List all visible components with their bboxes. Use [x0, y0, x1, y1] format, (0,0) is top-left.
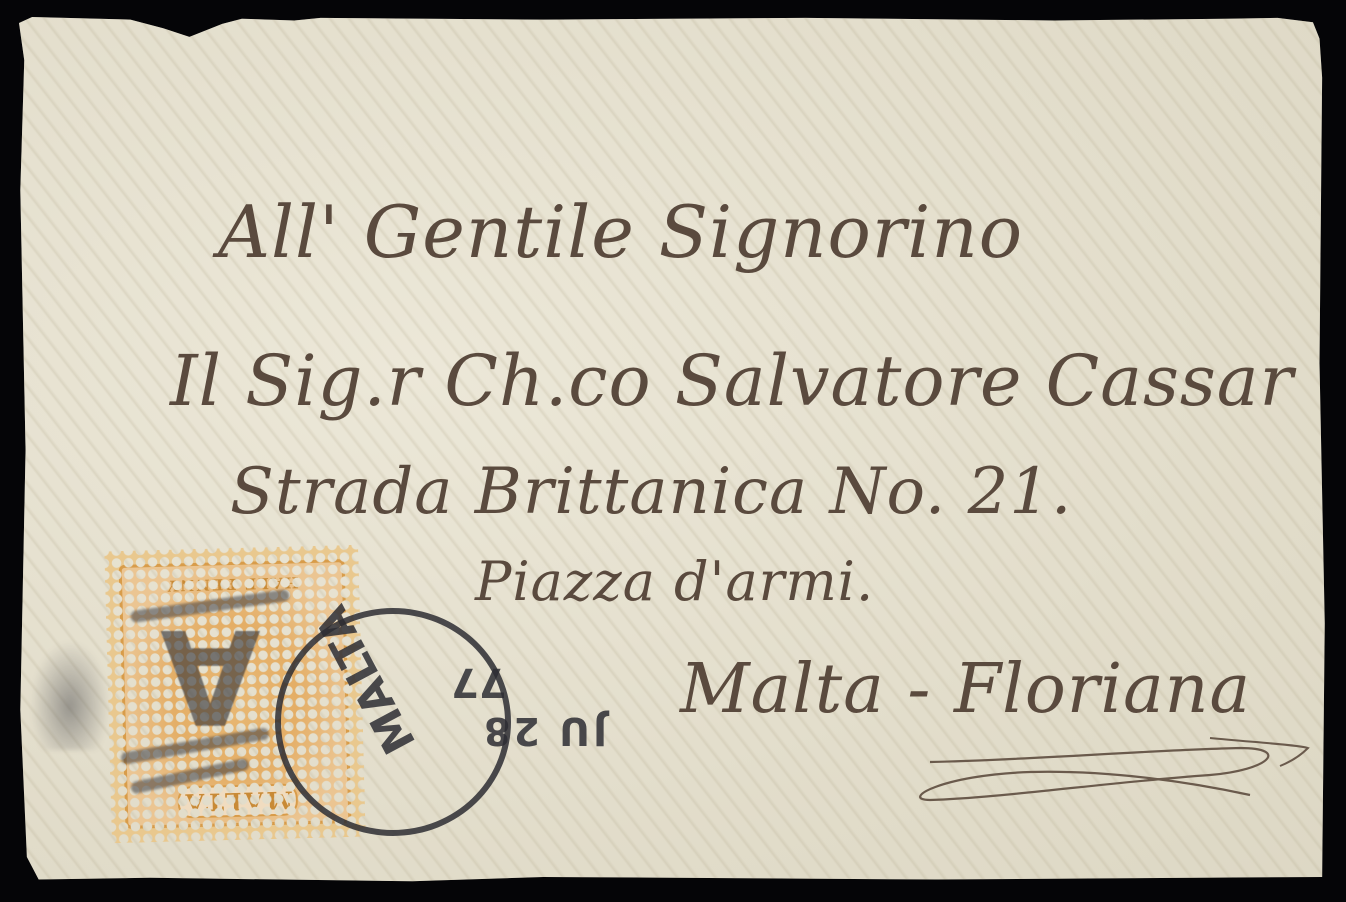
address-line-square: Piazza d'armi. [475, 550, 874, 613]
circular-date-stamp: 77 JU 28 MALTA [275, 608, 511, 836]
address-line-street: Strada Brittanica No. 21. [230, 455, 1072, 529]
address-line-salutation: All' Gentile Signorino [218, 190, 1023, 274]
postmark-year: 77 [451, 659, 507, 705]
address-line-town: Malta - Floriana [680, 650, 1251, 729]
underline-flourish-icon [910, 720, 1310, 810]
cancel-smudge [30, 640, 110, 750]
postmark-date: JU 28 [481, 709, 607, 753]
postmark-town: MALTA [306, 597, 426, 762]
address-line-recipient: Il Sig.r Ch.co Salvatore Cassar [170, 340, 1294, 422]
cancel-letter: A [160, 600, 261, 752]
